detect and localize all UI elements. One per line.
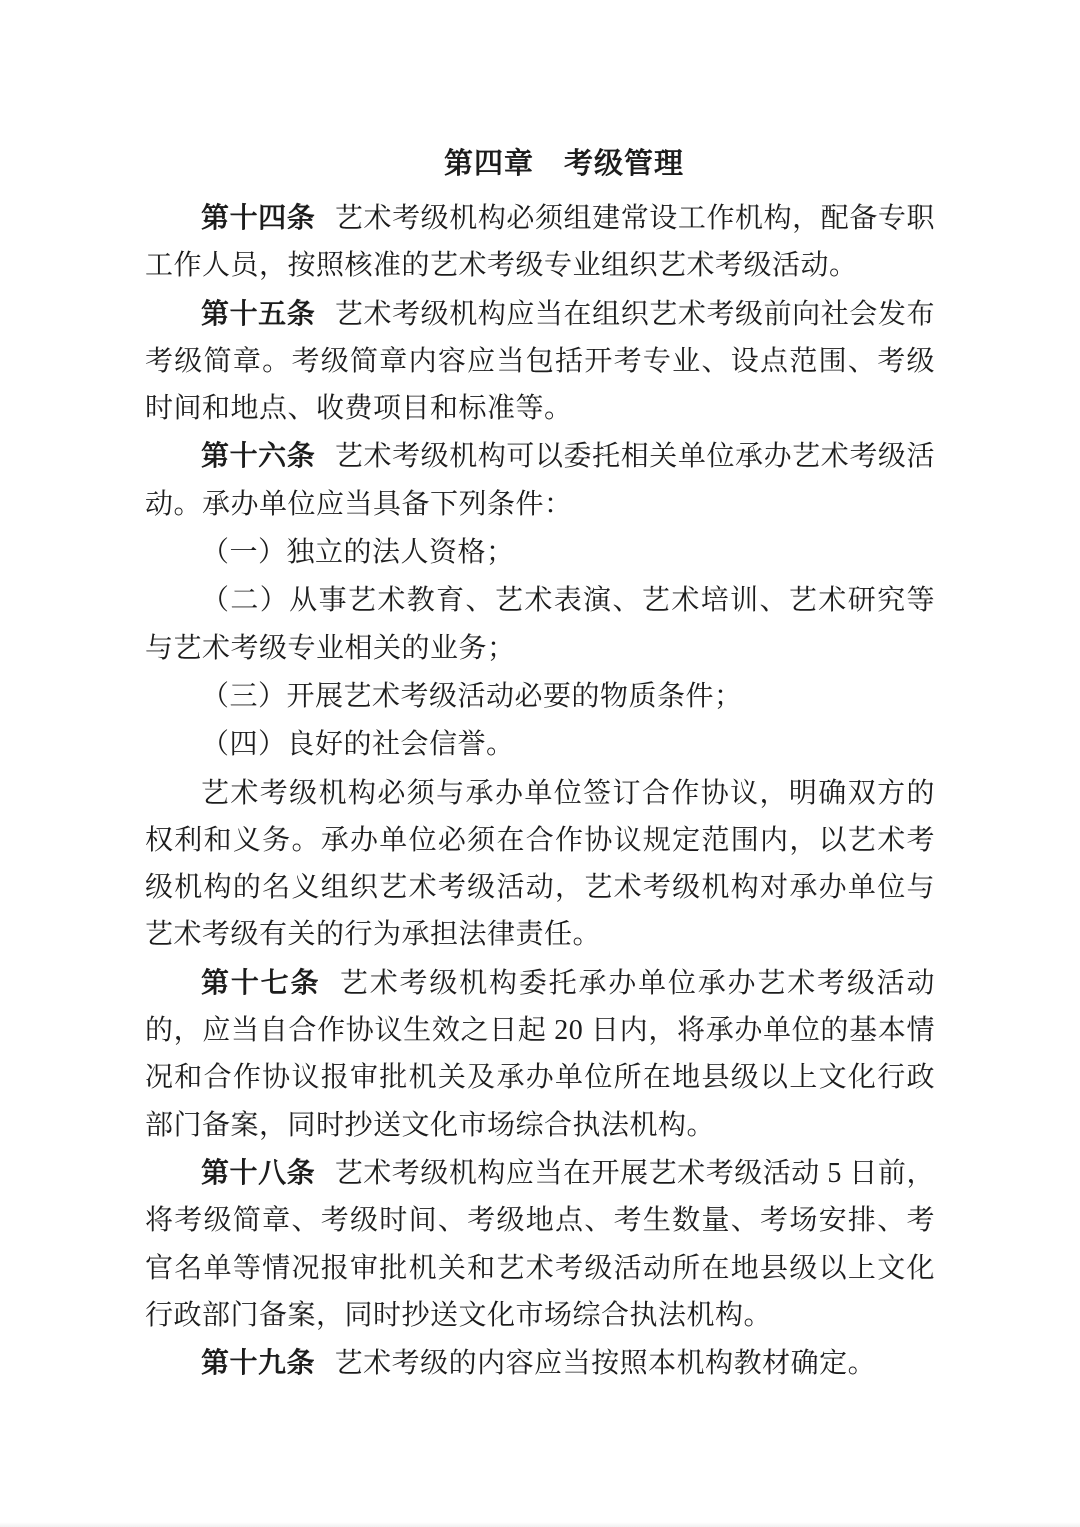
paragraph-article-16: 第十六条艺术考级机构可以委托相关单位承办艺术考级活动。承办单位应当具备下列条件： — [145, 432, 935, 528]
paragraph-article-15: 第十五条艺术考级机构应当在组织艺术考级前向社会发布考级简章。考级简章内容应当包括… — [145, 290, 935, 433]
article-label: 第十四条 — [201, 202, 315, 233]
paragraph-article-16-continued: 艺术考级机构必须与承办单位签订合作协议，明确双方的权利和义务。承办单位必须在合作… — [145, 769, 935, 959]
document-body: 第十四条艺术考级机构必须组建常设工作机构，配备专职工作人员，按照核准的艺术考级专… — [145, 194, 935, 1387]
article-text: 艺术考级机构必须与承办单位签订合作协议，明确双方的权利和义务。承办单位必须在合作… — [145, 778, 935, 951]
article-label: 第十九条 — [201, 1347, 315, 1378]
paragraph-item-3: （三）开展艺术考级活动必要的物质条件； — [145, 672, 935, 720]
chapter-title: 第四章 考级管理 — [169, 141, 959, 188]
paragraph-item-4: （四）良好的社会信誉。 — [145, 720, 935, 768]
paragraph-article-14: 第十四条艺术考级机构必须组建常设工作机构，配备专职工作人员，按照核准的艺术考级专… — [145, 194, 935, 290]
document-page: 第四章 考级管理 第十四条艺术考级机构必须组建常设工作机构，配备专职工作人员，按… — [0, 0, 1080, 1527]
article-text: 艺术考级的内容应当按照本机构教材确定。 — [335, 1348, 877, 1379]
paragraph-item-2: （二）从事艺术教育、艺术表演、艺术培训、艺术研究等与艺术考级专业相关的业务； — [145, 576, 935, 672]
article-text: （一）独立的法人资格； — [201, 537, 515, 568]
article-text: （二）从事艺术教育、艺术表演、艺术培训、艺术研究等与艺术考级专业相关的业务； — [145, 585, 935, 663]
article-text: （三）开展艺术考级活动必要的物质条件； — [201, 681, 743, 712]
article-label: 第十七条 — [201, 967, 320, 998]
article-label: 第十五条 — [201, 298, 315, 329]
article-text: （四）良好的社会信誉。 — [201, 729, 515, 760]
paragraph-article-19: 第十九条艺术考级的内容应当按照本机构教材确定。 — [145, 1339, 935, 1387]
paragraph-item-1: （一）独立的法人资格； — [145, 528, 935, 576]
article-label: 第十八条 — [201, 1157, 315, 1188]
paragraph-article-18: 第十八条艺术考级机构应当在开展艺术考级活动 5 日前，将考级简章、考级时间、考级… — [145, 1149, 935, 1339]
article-label: 第十六条 — [201, 440, 315, 471]
paragraph-article-17: 第十七条艺术考级机构委托承办单位承办艺术考级活动的，应当自合作协议生效之日起 2… — [145, 959, 935, 1149]
page-bottom-edge — [0, 1522, 1080, 1527]
